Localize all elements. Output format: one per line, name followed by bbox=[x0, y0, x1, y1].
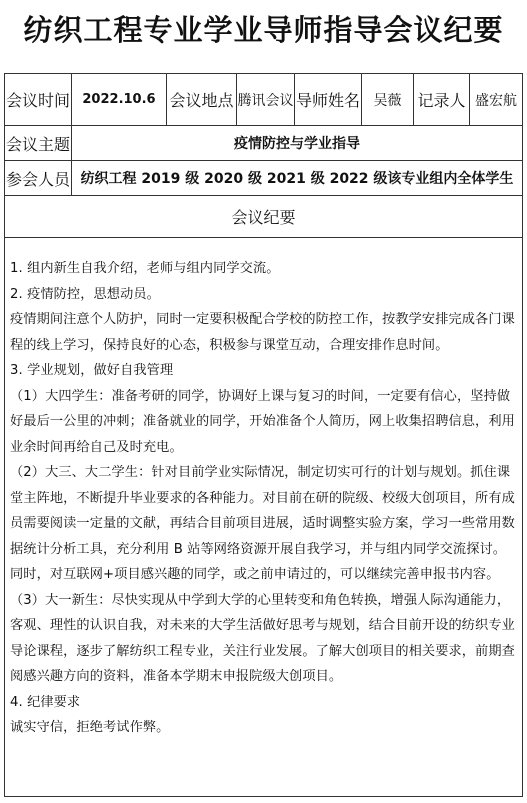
tutor-name-value: 吴薇 bbox=[362, 74, 414, 126]
attendees-value: 纺织工程 2019 级 2020 级 2021 级 2022 级该专业组内全体学… bbox=[72, 161, 523, 196]
info-row-topic: 会议主题 疫情防控与学业指导 bbox=[5, 126, 523, 161]
minutes-header: 会议纪要 bbox=[5, 196, 523, 238]
info-row-attendees: 参会人员 纺织工程 2019 级 2020 级 2021 级 2022 级该专业… bbox=[5, 161, 523, 196]
minutes-paragraph-epidemic: 疫情期间注意个人防护，同时一定要积极配合学校的防控工作，按教学安排完成各门课程的… bbox=[10, 307, 519, 358]
minutes-item-3: 3. 学业规划，做好自我管理 bbox=[10, 358, 519, 384]
minutes-header-row: 会议纪要 bbox=[5, 196, 523, 238]
meeting-topic-label: 会议主题 bbox=[5, 126, 72, 161]
minutes-item-1: 1. 组内新生自我介绍，老师与组内同学交流。 bbox=[10, 256, 519, 282]
minutes-paragraph-senior: （1）大四学生：准备考研的同学，协调好上课与复习的时间，一定要有信心，坚持做好最… bbox=[10, 384, 519, 461]
minutes-paragraph-discipline: 诚实守信，拒绝考试作弊。 bbox=[10, 715, 519, 741]
minutes-paragraph-junior-sophomore: （2）大三、大二学生：针对目前学业实际情况，制定切实可行的计划与规划。抓住课堂主… bbox=[10, 460, 519, 588]
recorder-value: 盛宏航 bbox=[470, 74, 523, 126]
meeting-info-table: 会议时间 2022.10.6 会议地点 腾讯会议 导师姓名 吴薇 记录人 盛宏航… bbox=[4, 73, 523, 797]
minutes-body: 1. 组内新生自我介绍，老师与组内同学交流。 2. 疫情防控，思想动员。 疫情期… bbox=[5, 238, 523, 797]
document-title: 纺织工程专业学业导师指导会议纪要 bbox=[0, 8, 527, 52]
tutor-name-label: 导师姓名 bbox=[295, 74, 362, 126]
recorder-label: 记录人 bbox=[414, 74, 470, 126]
attendees-label: 参会人员 bbox=[5, 161, 72, 196]
meeting-place-value: 腾讯会议 bbox=[237, 74, 295, 126]
meeting-topic-value: 疫情防控与学业指导 bbox=[72, 126, 523, 161]
meeting-place-label: 会议地点 bbox=[167, 74, 237, 126]
minutes-item-4: 4. 纪律要求 bbox=[10, 690, 519, 716]
meeting-time-value: 2022.10.6 bbox=[72, 74, 167, 126]
info-row-basic: 会议时间 2022.10.6 会议地点 腾讯会议 导师姓名 吴薇 记录人 盛宏航 bbox=[5, 74, 523, 126]
minutes-paragraph-freshman: （3）大一新生：尽快实现从中学到大学的心里转变和角色转换，增强人际沟通能力，客观… bbox=[10, 588, 519, 690]
minutes-body-row: 1. 组内新生自我介绍，老师与组内同学交流。 2. 疫情防控，思想动员。 疫情期… bbox=[5, 238, 523, 797]
meeting-time-label: 会议时间 bbox=[5, 74, 72, 126]
minutes-item-2: 2. 疫情防控，思想动员。 bbox=[10, 282, 519, 308]
